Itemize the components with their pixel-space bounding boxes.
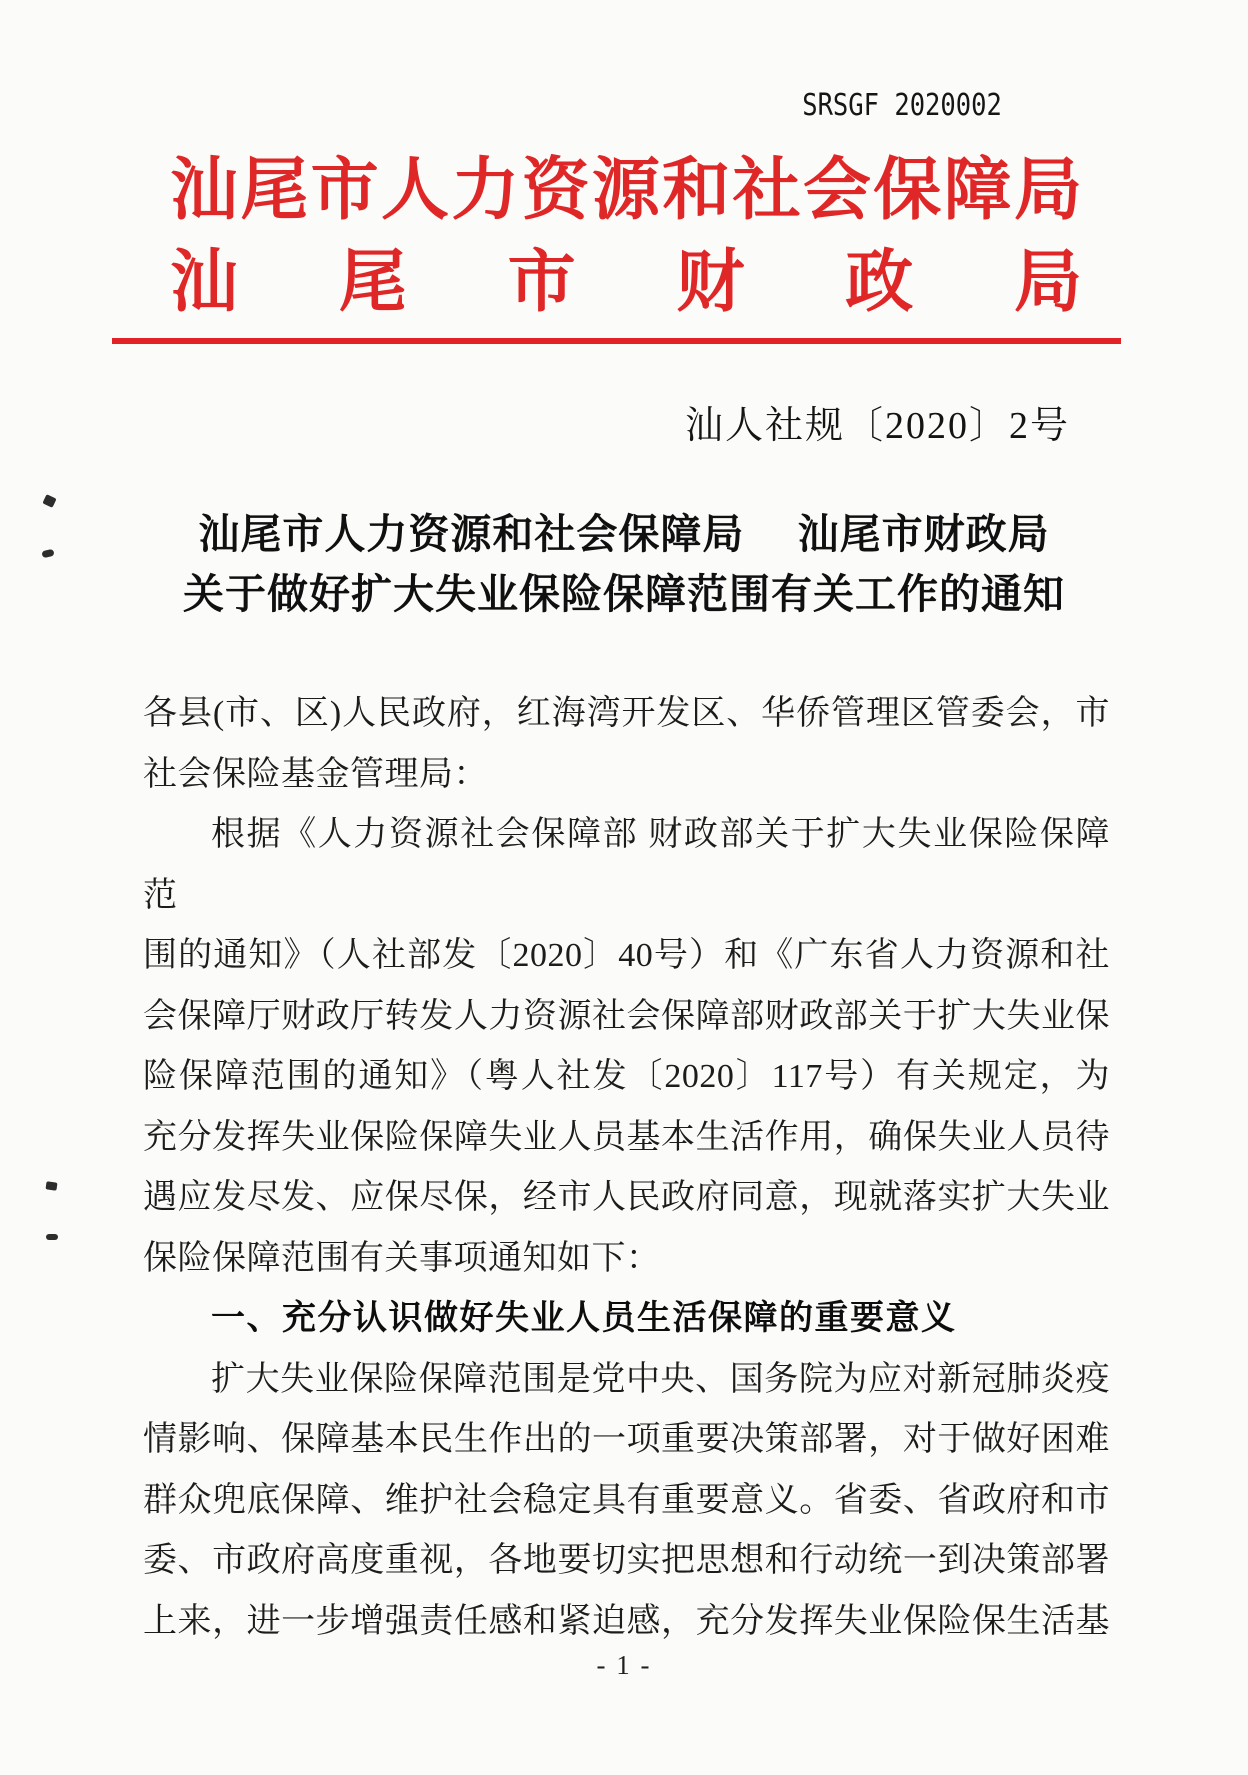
document-title: 汕尾市人力资源和社会保障局 汕尾市财政局 关于做好扩大失业保险保障范围有关工作的… bbox=[0, 504, 1248, 624]
agency-char: 汕 bbox=[170, 150, 238, 230]
body-line: 上来，进一步增强责任感和紧迫感，充分发挥失业保险保生活基 bbox=[143, 1592, 1110, 1653]
agency-char: 资 bbox=[522, 150, 590, 230]
body-line: 保险保障范围有关事项通知如下： bbox=[143, 1229, 1110, 1290]
section-heading: 一、充分认识做好失业人员生活保障的重要意义 bbox=[143, 1289, 1110, 1350]
agency-char: 源 bbox=[592, 150, 660, 230]
filing-code: SRSGF 2020002 bbox=[802, 88, 1002, 123]
body-line: 险保障范围的通知》（粤人社发〔2020〕117号）有关规定，为 bbox=[143, 1047, 1110, 1108]
agency-char: 尾 bbox=[240, 150, 308, 230]
agency-char: 财 bbox=[676, 242, 744, 322]
body-line: 遇应发尽发、应保尽保，经市人民政府同意，现就落实扩大失业 bbox=[143, 1168, 1110, 1229]
body-line: 围的通知》（人社部发〔2020〕40号）和《广东省人力资源和社 bbox=[143, 926, 1110, 987]
agency-char: 保 bbox=[873, 150, 941, 230]
agency-name-line2: 汕尾市财政局 bbox=[170, 242, 1082, 322]
scan-speck bbox=[45, 1181, 57, 1190]
agency-char: 障 bbox=[944, 150, 1012, 230]
document-title-line1: 汕尾市人力资源和社会保障局 汕尾市财政局 bbox=[0, 504, 1248, 564]
agency-char: 市 bbox=[311, 150, 379, 230]
agency-char: 力 bbox=[451, 150, 519, 230]
body-line: 社会保险基金管理局： bbox=[143, 745, 1110, 806]
agency-name-line1: 汕尾市人力资源和社会保障局 bbox=[170, 150, 1082, 230]
body-line: 各县(市、区)人民政府，红海湾开发区、华侨管理区管委会，市 bbox=[143, 684, 1110, 745]
agency-char: 局 bbox=[1014, 150, 1082, 230]
document-body: 各县(市、区)人民政府，红海湾开发区、华侨管理区管委会，市社会保险基金管理局：根… bbox=[143, 684, 1110, 1652]
agency-char: 尾 bbox=[339, 242, 407, 322]
page-number: - 1 - bbox=[0, 1650, 1248, 1681]
body-line: 根据《人力资源社会保障部 财政部关于扩大失业保险保障范 bbox=[143, 805, 1110, 926]
letterhead: 汕尾市人力资源和社会保障局 汕尾市财政局 bbox=[170, 150, 1082, 322]
agency-char: 局 bbox=[1014, 242, 1082, 322]
body-line: 委、市政府高度重视，各地要切实把思想和行动统一到决策部署 bbox=[143, 1531, 1110, 1592]
body-line: 会保障厅财政厅转发人力资源社会保障部财政部关于扩大失业保 bbox=[143, 987, 1110, 1048]
body-line: 情影响、保障基本民生作出的一项重要决策部署，对于做好困难 bbox=[143, 1410, 1110, 1471]
body-line: 群众兜底保障、维护社会稳定具有重要意义。省委、省政府和市 bbox=[143, 1471, 1110, 1532]
agency-char: 社 bbox=[733, 150, 801, 230]
scan-speck bbox=[46, 1234, 58, 1240]
body-line: 充分发挥失业保险保障失业人员基本生活作用，确保失业人员待 bbox=[143, 1108, 1110, 1169]
document-reference-number: 汕人社规〔2020〕2号 bbox=[685, 394, 1070, 449]
document-title-line2: 关于做好扩大失业保险保障范围有关工作的通知 bbox=[0, 564, 1248, 624]
document-page: SRSGF 2020002 汕尾市人力资源和社会保障局 汕尾市财政局 汕人社规〔… bbox=[0, 0, 1248, 1775]
agency-char: 和 bbox=[662, 150, 730, 230]
agency-char: 会 bbox=[803, 150, 871, 230]
agency-char: 政 bbox=[845, 242, 913, 322]
agency-char: 市 bbox=[508, 242, 576, 322]
agency-char: 汕 bbox=[170, 242, 238, 322]
letterhead-separator-rule bbox=[112, 338, 1121, 344]
body-line: 扩大失业保险保障范围是党中央、国务院为应对新冠肺炎疫 bbox=[143, 1350, 1110, 1411]
agency-char: 人 bbox=[381, 150, 449, 230]
